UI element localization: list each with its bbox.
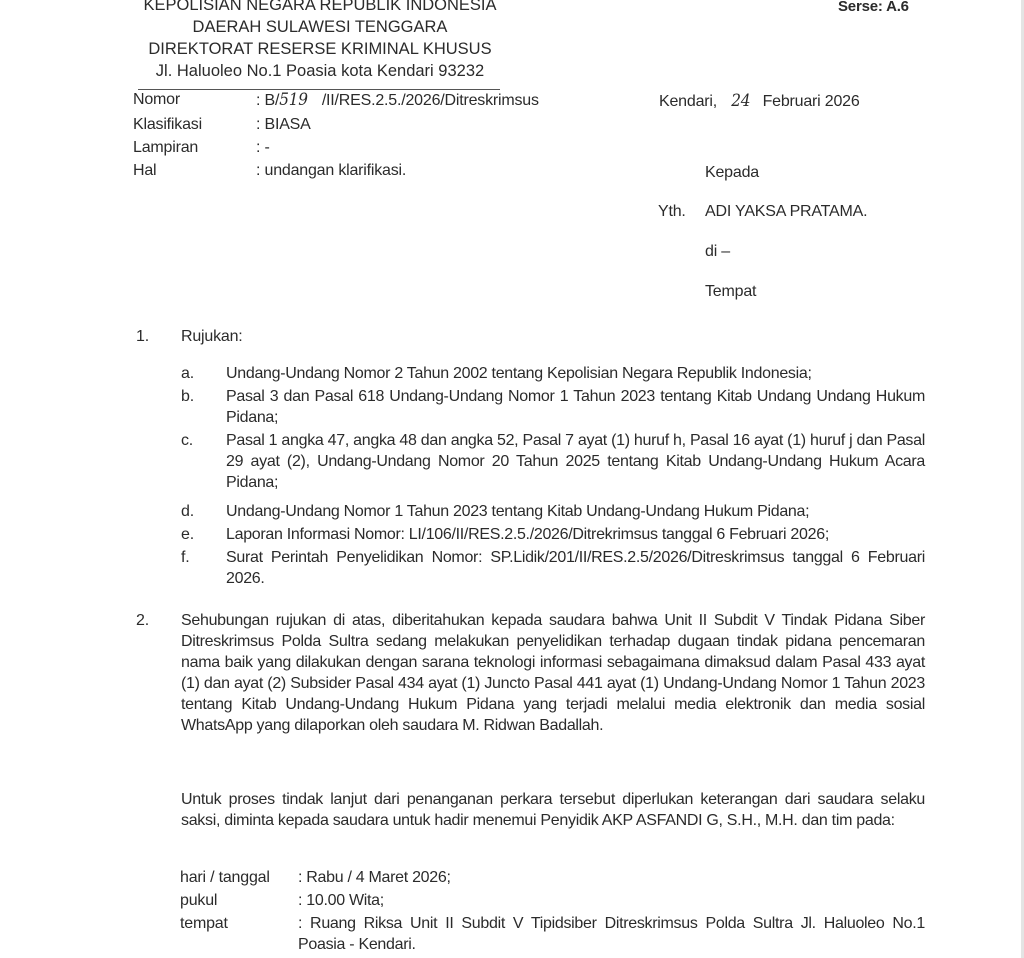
nomor-handwritten: 519 — [279, 90, 308, 110]
nomor-label: Nomor — [133, 91, 180, 109]
section1-number: 1. — [136, 328, 149, 346]
letterhead-address: Jl. Haluoleo No.1 Poasia kota Kendari 93… — [130, 60, 510, 82]
recipient-name: ADI YAKSA PRATAMA. — [705, 203, 867, 221]
nomor-prefix: : B/ — [256, 92, 279, 109]
letter-page: KEPOLISIAN NEGARA REPUBLIK INDONESIA DAE… — [0, 0, 1024, 958]
reference-letter: c. — [181, 432, 193, 450]
section2-number: 2. — [136, 612, 149, 630]
letterhead-divider — [138, 89, 500, 90]
reference-item: Pasal 1 angka 47, angka 48 dan angka 52,… — [226, 430, 925, 493]
klasifikasi-value: : BIASA — [256, 116, 311, 134]
schedule-value: : Rabu / 4 Maret 2026; — [298, 867, 925, 888]
nomor-suffix: /II/RES.2.5./2026/Ditreskrimsus — [322, 92, 539, 109]
letterhead-line3: DIREKTORAT RESERSE KRIMINAL KHUSUS — [130, 38, 510, 60]
reference-item: Undang-Undang Nomor 2 Tahun 2002 tentang… — [226, 363, 925, 384]
recipient-yth: Yth. — [658, 203, 686, 221]
dateline-day-handwritten: 24 — [731, 91, 750, 111]
schedule-value: : 10.00 Wita; — [298, 890, 925, 911]
lampiran-value: : - — [256, 139, 270, 157]
klasifikasi-label: Klasifikasi — [133, 116, 202, 134]
dateline: Kendari, 24 Februari 2026 — [659, 92, 860, 111]
reference-item: Surat Perintah Penyelidikan Nomor: SP.Li… — [226, 547, 925, 589]
hal-value: : undangan klarifikasi. — [256, 162, 406, 180]
letterhead-line2: DAERAH SULAWESI TENGGARA — [130, 16, 510, 38]
reference-letter: e. — [181, 526, 194, 544]
nomor-value: : B/519/II/RES.2.5./2026/Ditreskrimsus — [256, 91, 539, 110]
form-code: Serse: A.6 — [838, 0, 909, 16]
letterhead: KEPOLISIAN NEGARA REPUBLIK INDONESIA DAE… — [130, 0, 510, 82]
recipient-kepada: Kepada — [705, 164, 759, 182]
reference-letter: d. — [181, 503, 194, 521]
hal-label: Hal — [133, 162, 156, 180]
reference-item: Pasal 3 dan Pasal 618 Undang-Undang Nomo… — [226, 386, 925, 428]
schedule-label: hari / tanggal — [180, 869, 270, 887]
schedule-label: tempat — [180, 915, 228, 933]
section1-title: Rujukan: — [181, 328, 243, 346]
dateline-month-year: Februari 2026 — [763, 93, 860, 110]
section2-paragraph2: Untuk proses tindak lanjut dari penangan… — [181, 789, 925, 831]
reference-letter: a. — [181, 365, 194, 383]
lampiran-label: Lampiran — [133, 139, 198, 157]
section2-paragraph1: Sehubungan rujukan di atas, diberitahuka… — [181, 610, 925, 736]
schedule-value: : Ruang Riksa Unit II Subdit V Tipidsibe… — [298, 913, 925, 955]
recipient-di: di – — [705, 243, 730, 261]
recipient-tempat: Tempat — [705, 283, 756, 301]
reference-letter: f. — [181, 549, 190, 567]
letterhead-line1: KEPOLISIAN NEGARA REPUBLIK INDONESIA — [130, 0, 510, 16]
dateline-city: Kendari, — [659, 93, 717, 110]
reference-item: Undang-Undang Nomor 1 Tahun 2023 tentang… — [226, 501, 925, 522]
reference-letter: b. — [181, 388, 194, 406]
schedule-label: pukul — [180, 892, 217, 910]
reference-item: Laporan Informasi Nomor: LI/106/II/RES.2… — [226, 524, 925, 545]
